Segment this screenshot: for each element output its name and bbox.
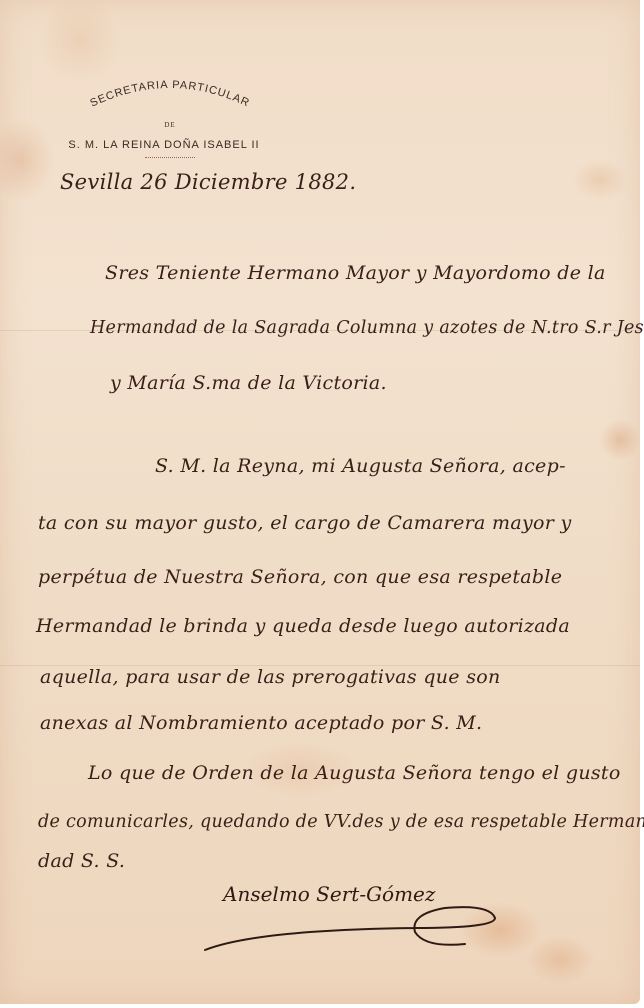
signature-flourish (195, 860, 515, 960)
letterhead-arc-text: SECRETARIA PARTICULAR (88, 79, 251, 110)
body-line-3: perpétua de Nuestra Señora, con que esa … (38, 566, 562, 588)
letterhead-arc: SECRETARIA PARTICULAR (70, 70, 270, 110)
body-line-6: anexas al Nombramiento aceptado por S. M… (40, 712, 482, 734)
body-line-1: S. M. la Reyna, mi Augusta Señora, acep- (155, 455, 566, 477)
letterhead: SECRETARIA PARTICULAR DE S. M. LA REINA … (70, 70, 270, 158)
svg-text:SECRETARIA PARTICULAR: SECRETARIA PARTICULAR (88, 79, 251, 110)
letterhead-ornament-rule (145, 157, 195, 158)
addressee-line-3: y María S.ma de la Victoria. (110, 372, 387, 394)
body-line-5: aquella, para usar de las prerogativas q… (40, 666, 501, 688)
date-line: Sevilla 26 Diciembre 1882. (60, 170, 356, 194)
body-line-7: Lo que de Orden de la Augusta Señora ten… (88, 762, 621, 784)
letterhead-connector: DE (70, 121, 270, 129)
body-line-4: Hermandad le brinda y queda desde luego … (36, 615, 570, 637)
addressee-line-1: Sres Teniente Hermano Mayor y Mayordomo … (105, 262, 606, 284)
addressee-line-2: Hermandad de la Sagrada Columna y azotes… (90, 318, 644, 338)
signature-block: Anselmo Sert-Gómez (195, 860, 515, 960)
body-line-8: de comunicarles, quedando de VV.des y de… (38, 812, 644, 832)
letter-paper: SECRETARIA PARTICULAR DE S. M. LA REINA … (0, 0, 640, 1004)
body-line-2: ta con su mayor gusto, el cargo de Camar… (38, 512, 572, 534)
body-line-9: dad S. S. (38, 850, 125, 872)
letterhead-main-line: S. M. LA REINA DOÑA ISABEL II (58, 139, 270, 151)
